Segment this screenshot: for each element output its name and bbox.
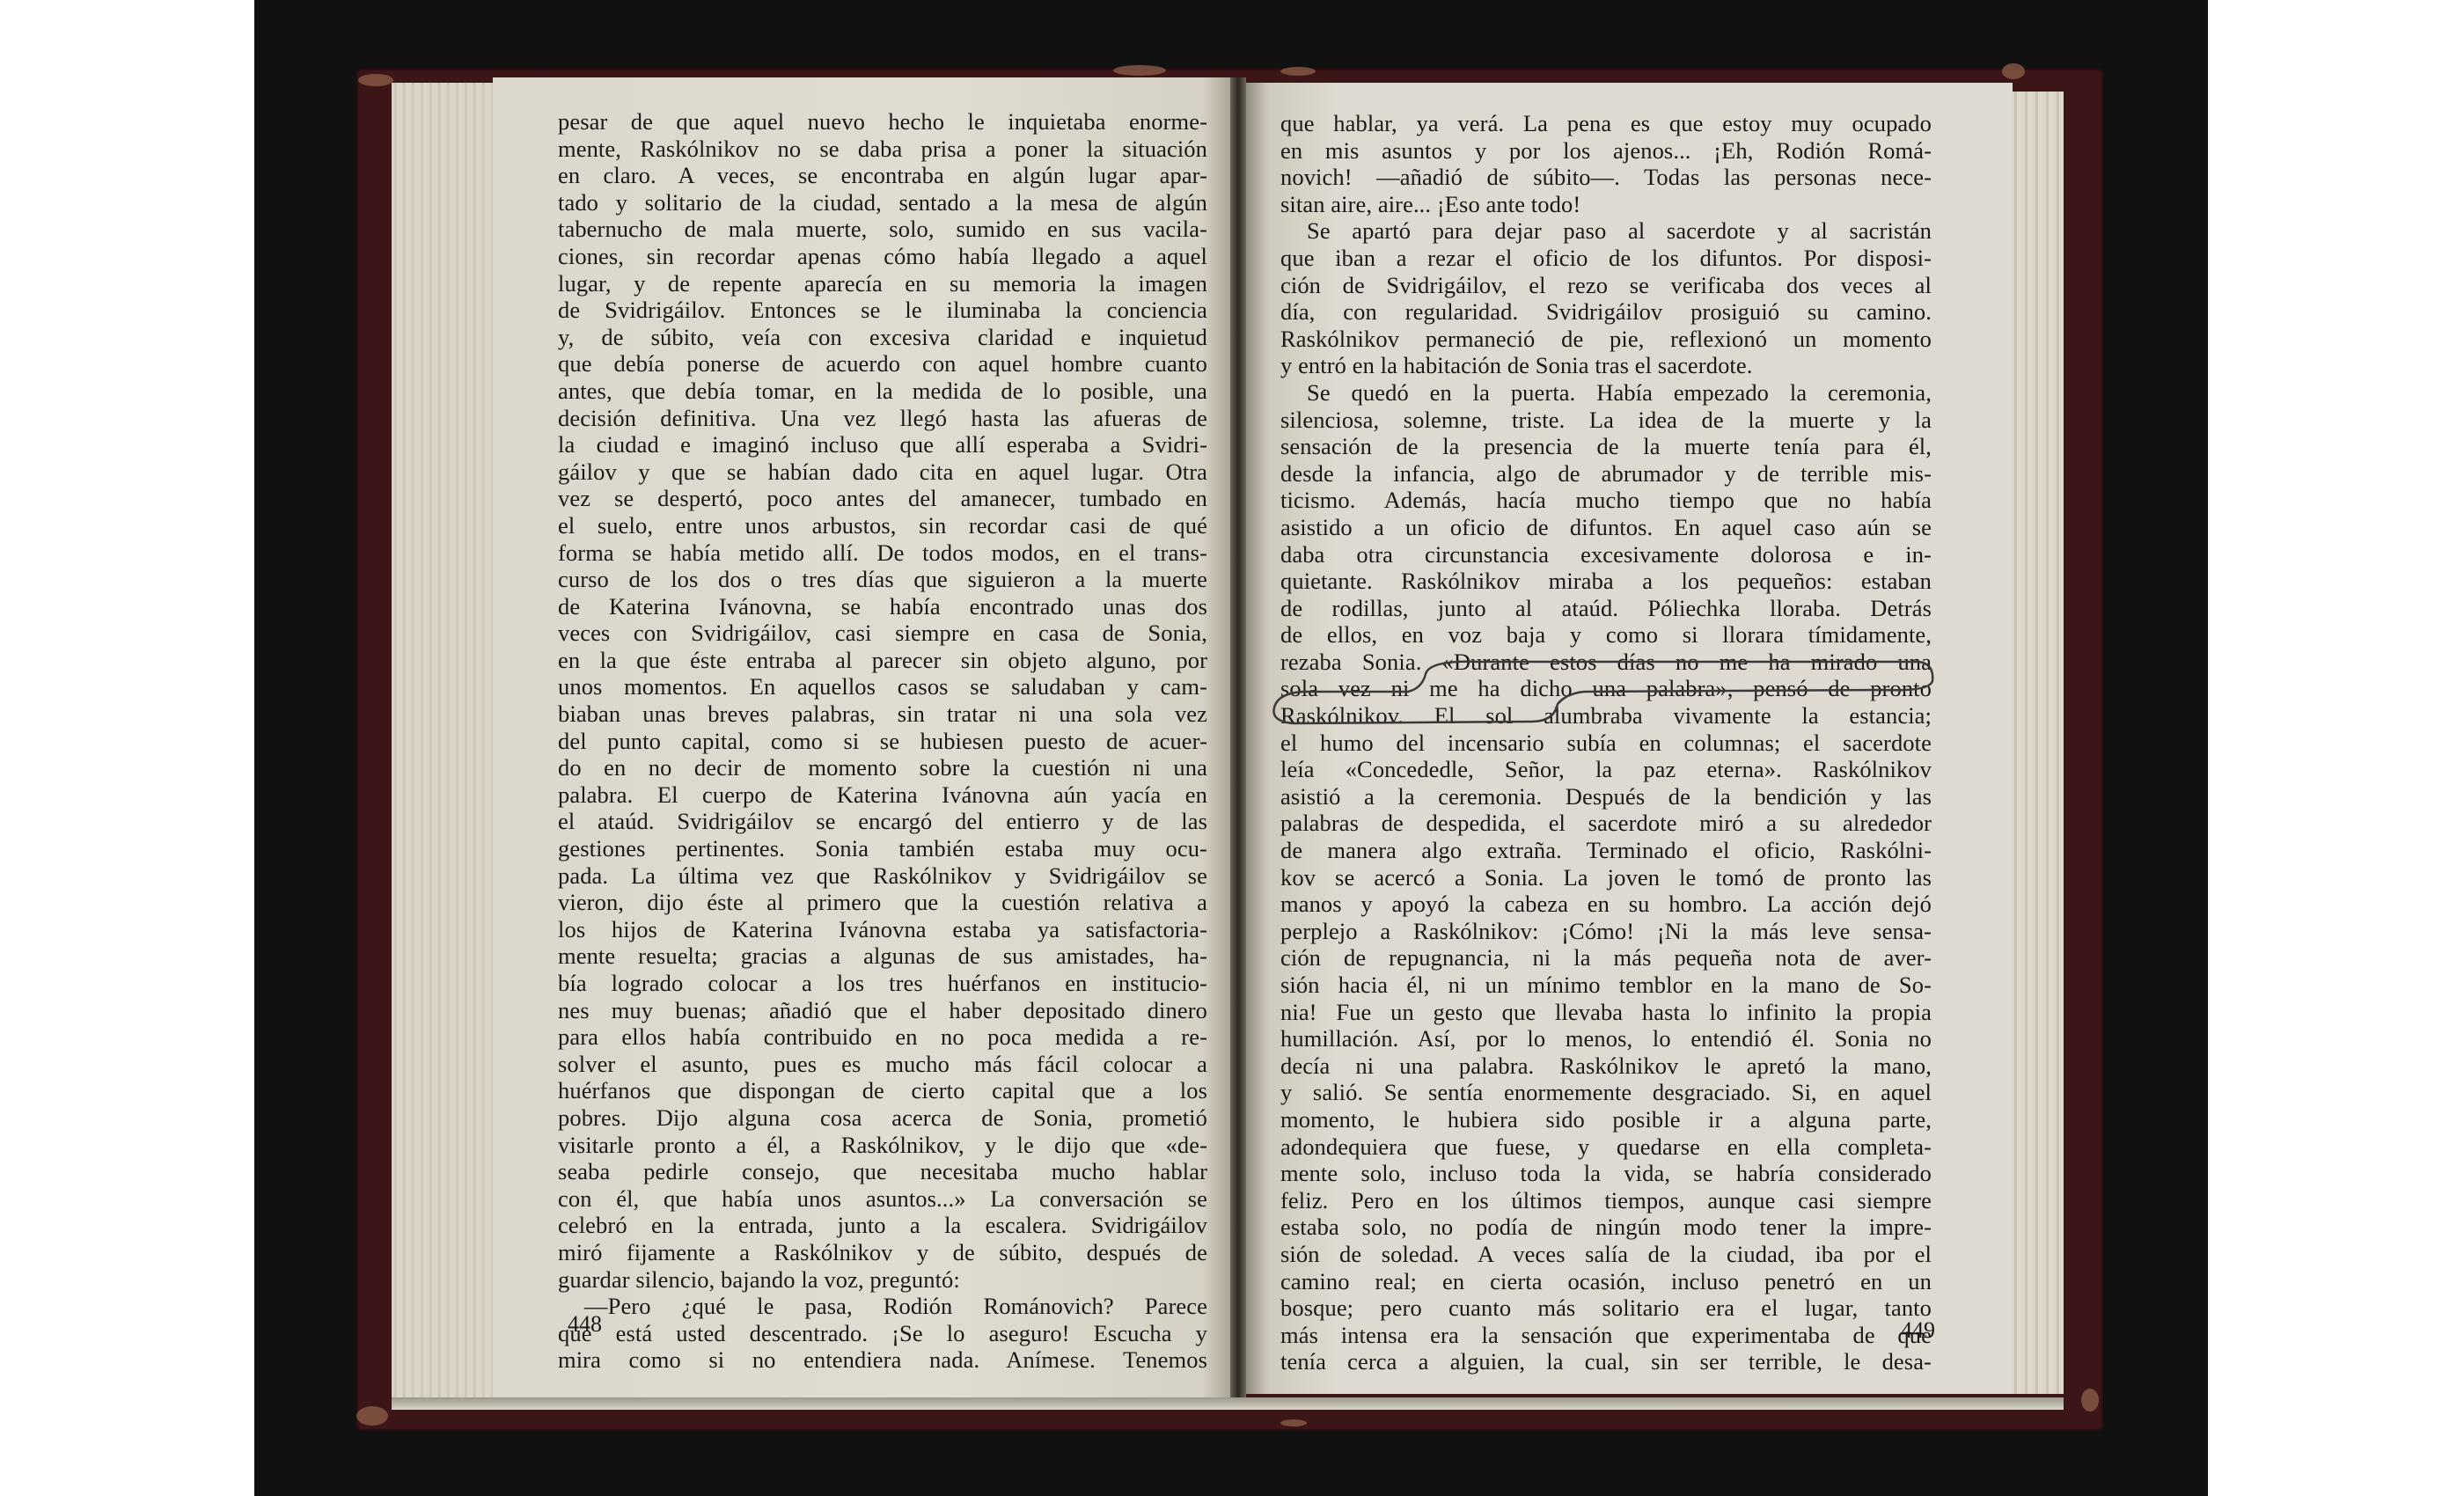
text-line: decía ni una palabra. Raskólnikov le apr… — [1280, 1052, 1932, 1080]
text-line: pesar de que aquel nuevo hecho le inquie… — [558, 108, 1207, 136]
text-line: nes muy buenas; añadió que el haber depo… — [558, 997, 1207, 1024]
text-line: kov se acercó a Sonia. La joven le tomó … — [1280, 864, 1932, 891]
page-number-right: 449 — [1901, 1317, 1935, 1344]
text-line: mira como si no entendiera nada. Anímese… — [558, 1346, 1207, 1374]
text-line: los hijos de Katerina Ivánovna estaba ya… — [558, 916, 1207, 943]
text-line: y entró en la habitación de Sonia tras e… — [1280, 352, 1932, 379]
text-line: tabernucho de mala muerte, solo, sumido … — [558, 216, 1207, 243]
text-line: Se quedó en la puerta. Había empezado la… — [1280, 379, 1932, 407]
left-page-text: pesar de que aquel nuevo hecho le inquie… — [558, 108, 1207, 1374]
text-line: el ataúd. Svidrigáilov se encargó del en… — [558, 808, 1207, 835]
text-line: bía logrado colocar a los tres huérfanos… — [558, 970, 1207, 997]
page-number-left: 448 — [568, 1311, 602, 1338]
text-line: vieron, dijo éste al primero que la cues… — [558, 889, 1207, 916]
text-line: gestiones pertinentes. Sonia también est… — [558, 835, 1207, 862]
text-line: mente solo, incluso toda la vida, se hab… — [1280, 1160, 1932, 1187]
text-line: sensación de la presencia de la muerte t… — [1280, 433, 1932, 460]
text-line: pobres. Dijo alguna cosa acerca de Sonia… — [558, 1104, 1207, 1132]
text-line: nia! Fue un gesto que llevaba hasta lo i… — [1280, 999, 1932, 1026]
text-line: ción de repugnancia, ni la más pequeña n… — [1280, 944, 1932, 972]
text-line: biaban unas breves palabras, sin tratar … — [558, 700, 1207, 728]
text-line: visitarle pronto a él, a Raskólnikov, y … — [558, 1132, 1207, 1159]
text-line: de ellos, en voz baja y como si llorara … — [1280, 621, 1932, 649]
text-line: unos momentos. En aquellos casos se salu… — [558, 673, 1207, 700]
text-line: feliz. Pero en los últimos tiempos, aunq… — [1280, 1187, 1932, 1214]
text-line: que hablar, ya verá. La pena es que esto… — [1280, 110, 1932, 137]
text-line: do en no decir de momento sobre la cuest… — [558, 754, 1207, 781]
text-line: palabras de despedida, el sacerdote miró… — [1280, 810, 1932, 837]
text-line: mente, Raskólnikov no se daba prisa a po… — [558, 136, 1207, 163]
text-line: antes, que debía tomar, en la medida de … — [558, 378, 1207, 405]
text-line: veces con Svidrigáilov, casi siempre en … — [558, 620, 1207, 647]
text-line: adondequiera que fuese, y quedarse en el… — [1280, 1133, 1932, 1161]
text-line: camino real; en cierta ocasión, incluso … — [1280, 1268, 1932, 1295]
pencil-annotation-outline — [1267, 651, 1954, 730]
text-line: estaba solo, no podía de ningún modo ten… — [1280, 1214, 1932, 1241]
text-line: y, de súbito, veía con excesiva claridad… — [558, 324, 1207, 351]
text-line: momento, le hubiera sido posible ir a al… — [1280, 1106, 1932, 1133]
page-bottom-edge — [392, 1397, 2064, 1410]
text-line: en la que éste entraba al parecer sin ob… — [558, 647, 1207, 674]
text-line: sión hacia él, ni un mínimo temblor en l… — [1280, 972, 1932, 999]
text-line: del punto capital, como si se hubiesen p… — [558, 728, 1207, 755]
text-line: que está usted descentrado. ¡Se lo asegu… — [558, 1320, 1207, 1347]
cover-wear-mark — [356, 1406, 388, 1426]
text-line: huérfanos que dispongan de cierto capita… — [558, 1077, 1207, 1104]
text-line: seaba pedirle consejo, que necesitaba mu… — [558, 1158, 1207, 1185]
text-line: leía «Concededle, Señor, la paz eterna».… — [1280, 756, 1932, 783]
text-line: que debía ponerse de acuerdo con aquel h… — [558, 350, 1207, 378]
text-line: ción de Svidrigáilov, el rezo se verific… — [1280, 272, 1932, 299]
text-line: asistido a un oficio de difuntos. En aqu… — [1280, 514, 1932, 541]
cover-wear-mark — [2002, 63, 2025, 79]
text-line: forma se había metido allí. De todos mod… — [558, 539, 1207, 567]
text-line: curso de los dos o tres días que siguier… — [558, 566, 1207, 593]
text-line: en claro. A veces, se encontraba en algú… — [558, 162, 1207, 189]
book-spine-gutter — [1230, 77, 1246, 1397]
text-line: miró fijamente a Raskólnikov y de súbito… — [558, 1239, 1207, 1266]
text-line: lugar, y de repente aparecía en su memor… — [558, 270, 1207, 297]
text-line: decisión definitiva. Una vez llegó hasta… — [558, 405, 1207, 432]
text-line: de rodillas, junto al ataúd. Póliechka l… — [1280, 595, 1932, 622]
text-line: vez se despertó, poco antes del amanecer… — [558, 485, 1207, 512]
text-line: celebró en la entrada, junto a la escale… — [558, 1212, 1207, 1239]
text-line: Se apartó para dejar paso al sacerdote y… — [1280, 217, 1932, 245]
text-line: día, con regularidad. Svidrigáilov prosi… — [1280, 298, 1932, 326]
text-line: mente resuelta; gracias a algunas de sus… — [558, 942, 1207, 970]
text-line: la ciudad e imaginó incluso que allí esp… — [558, 431, 1207, 458]
cover-wear-mark — [1113, 65, 1166, 76]
text-line: con él, que había unos asuntos...» La co… — [558, 1185, 1207, 1213]
text-line: palabra. El cuerpo de Katerina Ivánovna … — [558, 781, 1207, 809]
text-line: daba otra circunstancia excesivamente do… — [1280, 541, 1932, 568]
text-line: pada. La última vez que Raskólnikov y Sv… — [558, 862, 1207, 890]
text-line: Raskólnikov permaneció de pie, reflexion… — [1280, 326, 1932, 353]
text-line: gáilov y que se habían dado cita en aque… — [558, 458, 1207, 486]
text-line: desde la infancia, algo de abrumador y d… — [1280, 460, 1932, 488]
text-line: silenciosa, solemne, triste. La idea de … — [1280, 407, 1932, 434]
text-line: novich! —añadió de súbito—. Todas las pe… — [1280, 164, 1932, 191]
text-line: sión de soledad. A veces salía de la ciu… — [1280, 1241, 1932, 1268]
text-line: quietante. Raskólnikov miraba a los pequ… — [1280, 568, 1932, 595]
text-line: el suelo, entre unos arbustos, sin recor… — [558, 512, 1207, 539]
text-line: y salió. Se sentía enormemente desgracia… — [1280, 1079, 1932, 1106]
right-page-edges — [2011, 92, 2064, 1394]
text-line: que iban a rezar el oficio de los difunt… — [1280, 245, 1932, 272]
text-line: en mis asuntos y por los ajenos... ¡Eh, … — [1280, 137, 1932, 165]
text-line: ciones, sin recordar apenas cómo había l… — [558, 243, 1207, 270]
text-line: humillación. Así, por lo menos, lo enten… — [1280, 1025, 1932, 1052]
cover-wear-mark — [1280, 1419, 1307, 1426]
cover-wear-mark — [1280, 67, 1316, 76]
text-line: perplejo a Raskólnikov: ¡Cómo! ¡Ni la má… — [1280, 918, 1932, 945]
text-line: manos y apoyó la cabeza en su hombro. La… — [1280, 891, 1932, 918]
text-line: tenía cerca a alguien, la cual, sin ser … — [1280, 1348, 1932, 1375]
text-line: guardar silencio, bajando la voz, pregun… — [558, 1266, 1207, 1294]
cover-wear-mark — [2081, 1389, 2099, 1412]
text-line: el humo del incensario subía en columnas… — [1280, 730, 1932, 757]
text-line: de Katerina Ivánovna, se había encontrad… — [558, 593, 1207, 620]
text-line: para ellos había contribuido en no poca … — [558, 1023, 1207, 1051]
text-line: bosque; pero cuanto más solitario era el… — [1280, 1294, 1932, 1322]
cover-wear-mark — [358, 74, 393, 86]
text-line: asistió a la ceremonia. Después de la be… — [1280, 783, 1932, 810]
right-page-text: que hablar, ya verá. La pena es que esto… — [1280, 110, 1932, 1375]
text-line: de manera algo extraña. Terminado el ofi… — [1280, 837, 1932, 864]
text-line: de Svidrigáilov. Entonces se le iluminab… — [558, 297, 1207, 324]
text-line: ticismo. Además, hacía mucho tiempo que … — [1280, 487, 1932, 514]
text-line: tado y solitario de la ciudad, sentado a… — [558, 189, 1207, 216]
text-line: más intensa era la sensación que experim… — [1280, 1322, 1932, 1349]
text-line: —Pero ¿qué le pasa, Rodión Románovich? P… — [558, 1293, 1207, 1320]
text-line: sitan aire, aire... ¡Eso ante todo! — [1280, 191, 1932, 218]
left-page-edges — [392, 83, 497, 1397]
text-line: solver el asunto, pues es mucho más fáci… — [558, 1051, 1207, 1078]
